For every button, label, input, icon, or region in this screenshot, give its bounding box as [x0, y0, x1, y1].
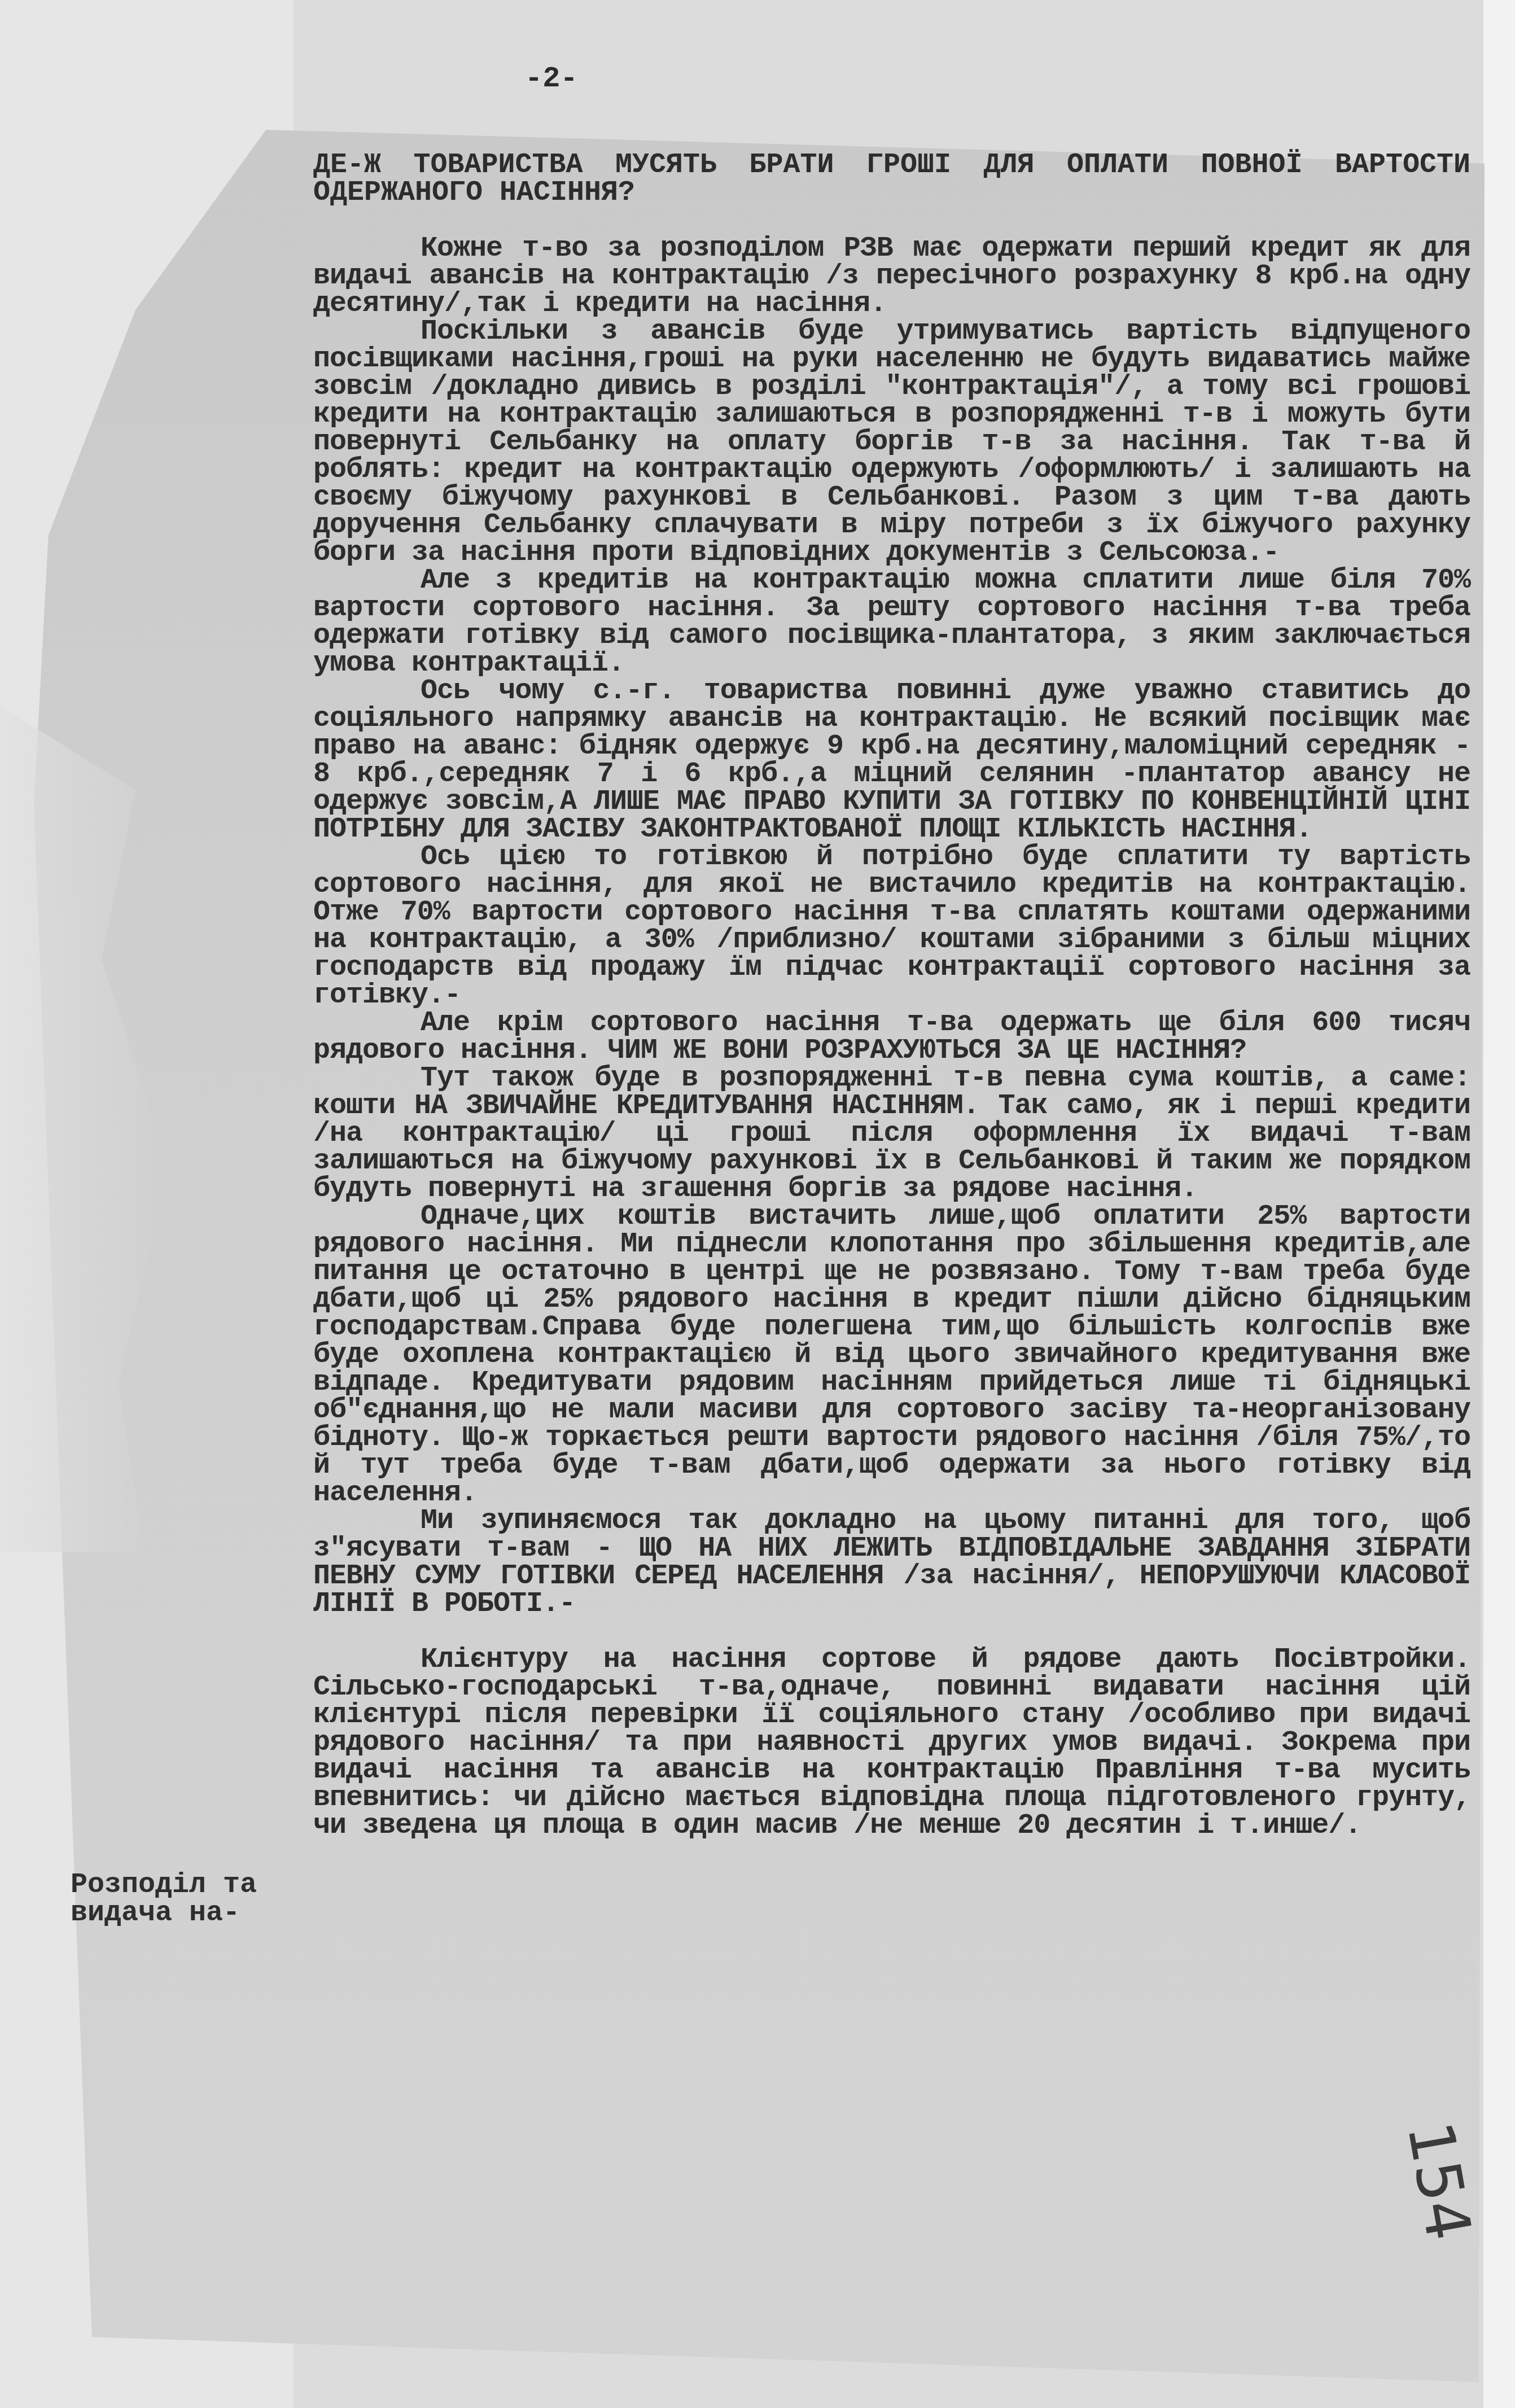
paragraph-5: Ось цією то готівкою й потрібно буде спл…	[313, 843, 1470, 1009]
paragraph-7: Тут також буде в розпорядженні т-в певна…	[313, 1065, 1470, 1203]
document-body: ДЕ-Ж ТОВАРИСТВА МУСЯТЬ БРАТИ ГРОШІ ДЛЯ О…	[313, 51, 1470, 1840]
paragraph-6: Але крім сортового насіння т-ва одержать…	[313, 1009, 1470, 1065]
paragraph-8: Одначе,цих коштів вистачить лише,щоб опл…	[313, 1203, 1470, 1507]
paragraph-10: Клієнтуру на насіння сортове й рядове да…	[313, 1646, 1470, 1840]
paragraph-1: Кожне т-во за розподілом РЗВ має одержат…	[313, 235, 1470, 318]
paragraph-4: Ось чому с.-г. товариства повинні дуже у…	[313, 677, 1470, 843]
scan-background-right	[1483, 0, 1515, 2408]
document-heading: ДЕ-Ж ТОВАРИСТВА МУСЯТЬ БРАТИ ГРОШІ ДЛЯ О…	[313, 151, 1470, 207]
paragraph-9: Ми зупиняємося так докладно на цьому пит…	[313, 1507, 1470, 1618]
paragraph-3: Але з кредитів на контрактацію можна спл…	[313, 567, 1470, 677]
paragraph-2: Поскільки з авансів буде утримуватись ва…	[313, 318, 1470, 567]
margin-note: Розподіл та видача на-	[71, 1871, 291, 1928]
section-gap	[313, 1618, 1470, 1646]
